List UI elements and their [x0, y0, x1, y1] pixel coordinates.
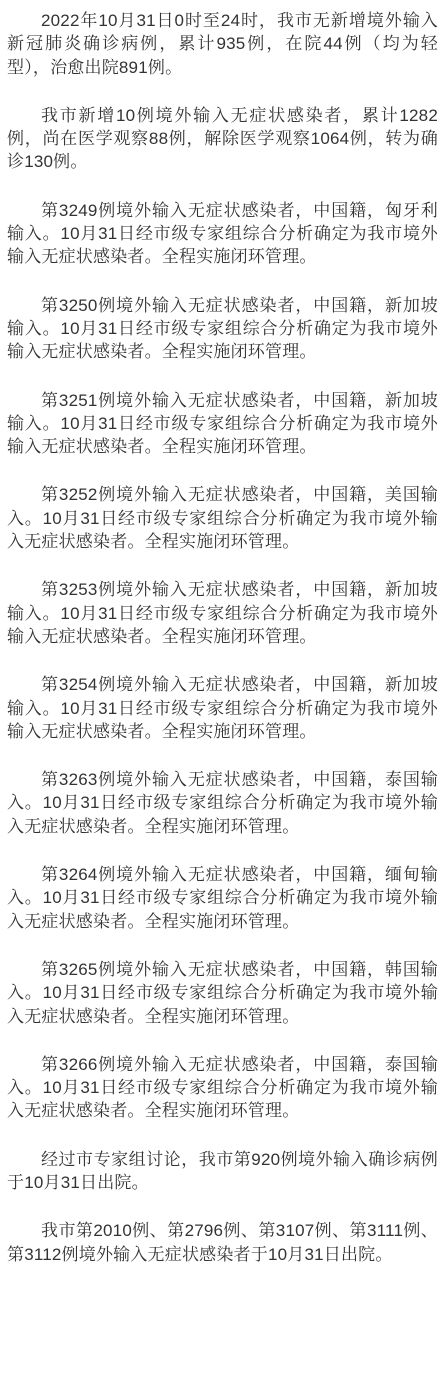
case-3263-paragraph: 第3263例境外输入无症状感染者，中国籍，泰国输入。10月31日经市级专家组综合… [7, 768, 438, 838]
case-3253-paragraph: 第3253例境外输入无症状感染者，中国籍，新加坡输入。10月31日经市级专家组综… [7, 578, 438, 648]
case-3254-paragraph: 第3254例境外输入无症状感染者，中国籍，新加坡输入。10月31日经市级专家组综… [7, 673, 438, 743]
case-3250-paragraph: 第3250例境外输入无症状感染者，中国籍，新加坡输入。10月31日经市级专家组综… [7, 294, 438, 364]
case-3252-paragraph: 第3252例境外输入无症状感染者，中国籍，美国输入。10月31日经市级专家组综合… [7, 483, 438, 553]
discharge-asymptomatic-cases-paragraph: 我市第2010例、第2796例、第3107例、第3111例、第3112例境外输入… [7, 1219, 438, 1266]
summary-confirmed-cases: 2022年10月31日0时至24时，我市无新增境外输入新冠肺炎确诊病例，累计93… [7, 9, 438, 79]
discharge-confirmed-case-paragraph: 经过市专家组讨论，我市第920例境外输入确诊病例于10月31日出院。 [7, 1148, 438, 1195]
case-3265-paragraph: 第3265例境外输入无症状感染者，中国籍，韩国输入。10月31日经市级专家组综合… [7, 958, 438, 1028]
case-report-article: 2022年10月31日0时至24时，我市无新增境外输入新冠肺炎确诊病例，累计93… [0, 0, 445, 1373]
case-3251-paragraph: 第3251例境外输入无症状感染者，中国籍，新加坡输入。10月31日经市级专家组综… [7, 389, 438, 459]
summary-asymptomatic-cases: 我市新增10例境外输入无症状感染者，累计1282例，尚在医学观察88例，解除医学… [7, 104, 438, 174]
case-3249-paragraph: 第3249例境外输入无症状感染者，中国籍，匈牙利输入。10月31日经市级专家组综… [7, 199, 438, 269]
case-3266-paragraph: 第3266例境外输入无症状感染者，中国籍，泰国输入。10月31日经市级专家组综合… [7, 1053, 438, 1123]
case-3264-paragraph: 第3264例境外输入无症状感染者，中国籍，缅甸输入。10月31日经市级专家组综合… [7, 863, 438, 933]
